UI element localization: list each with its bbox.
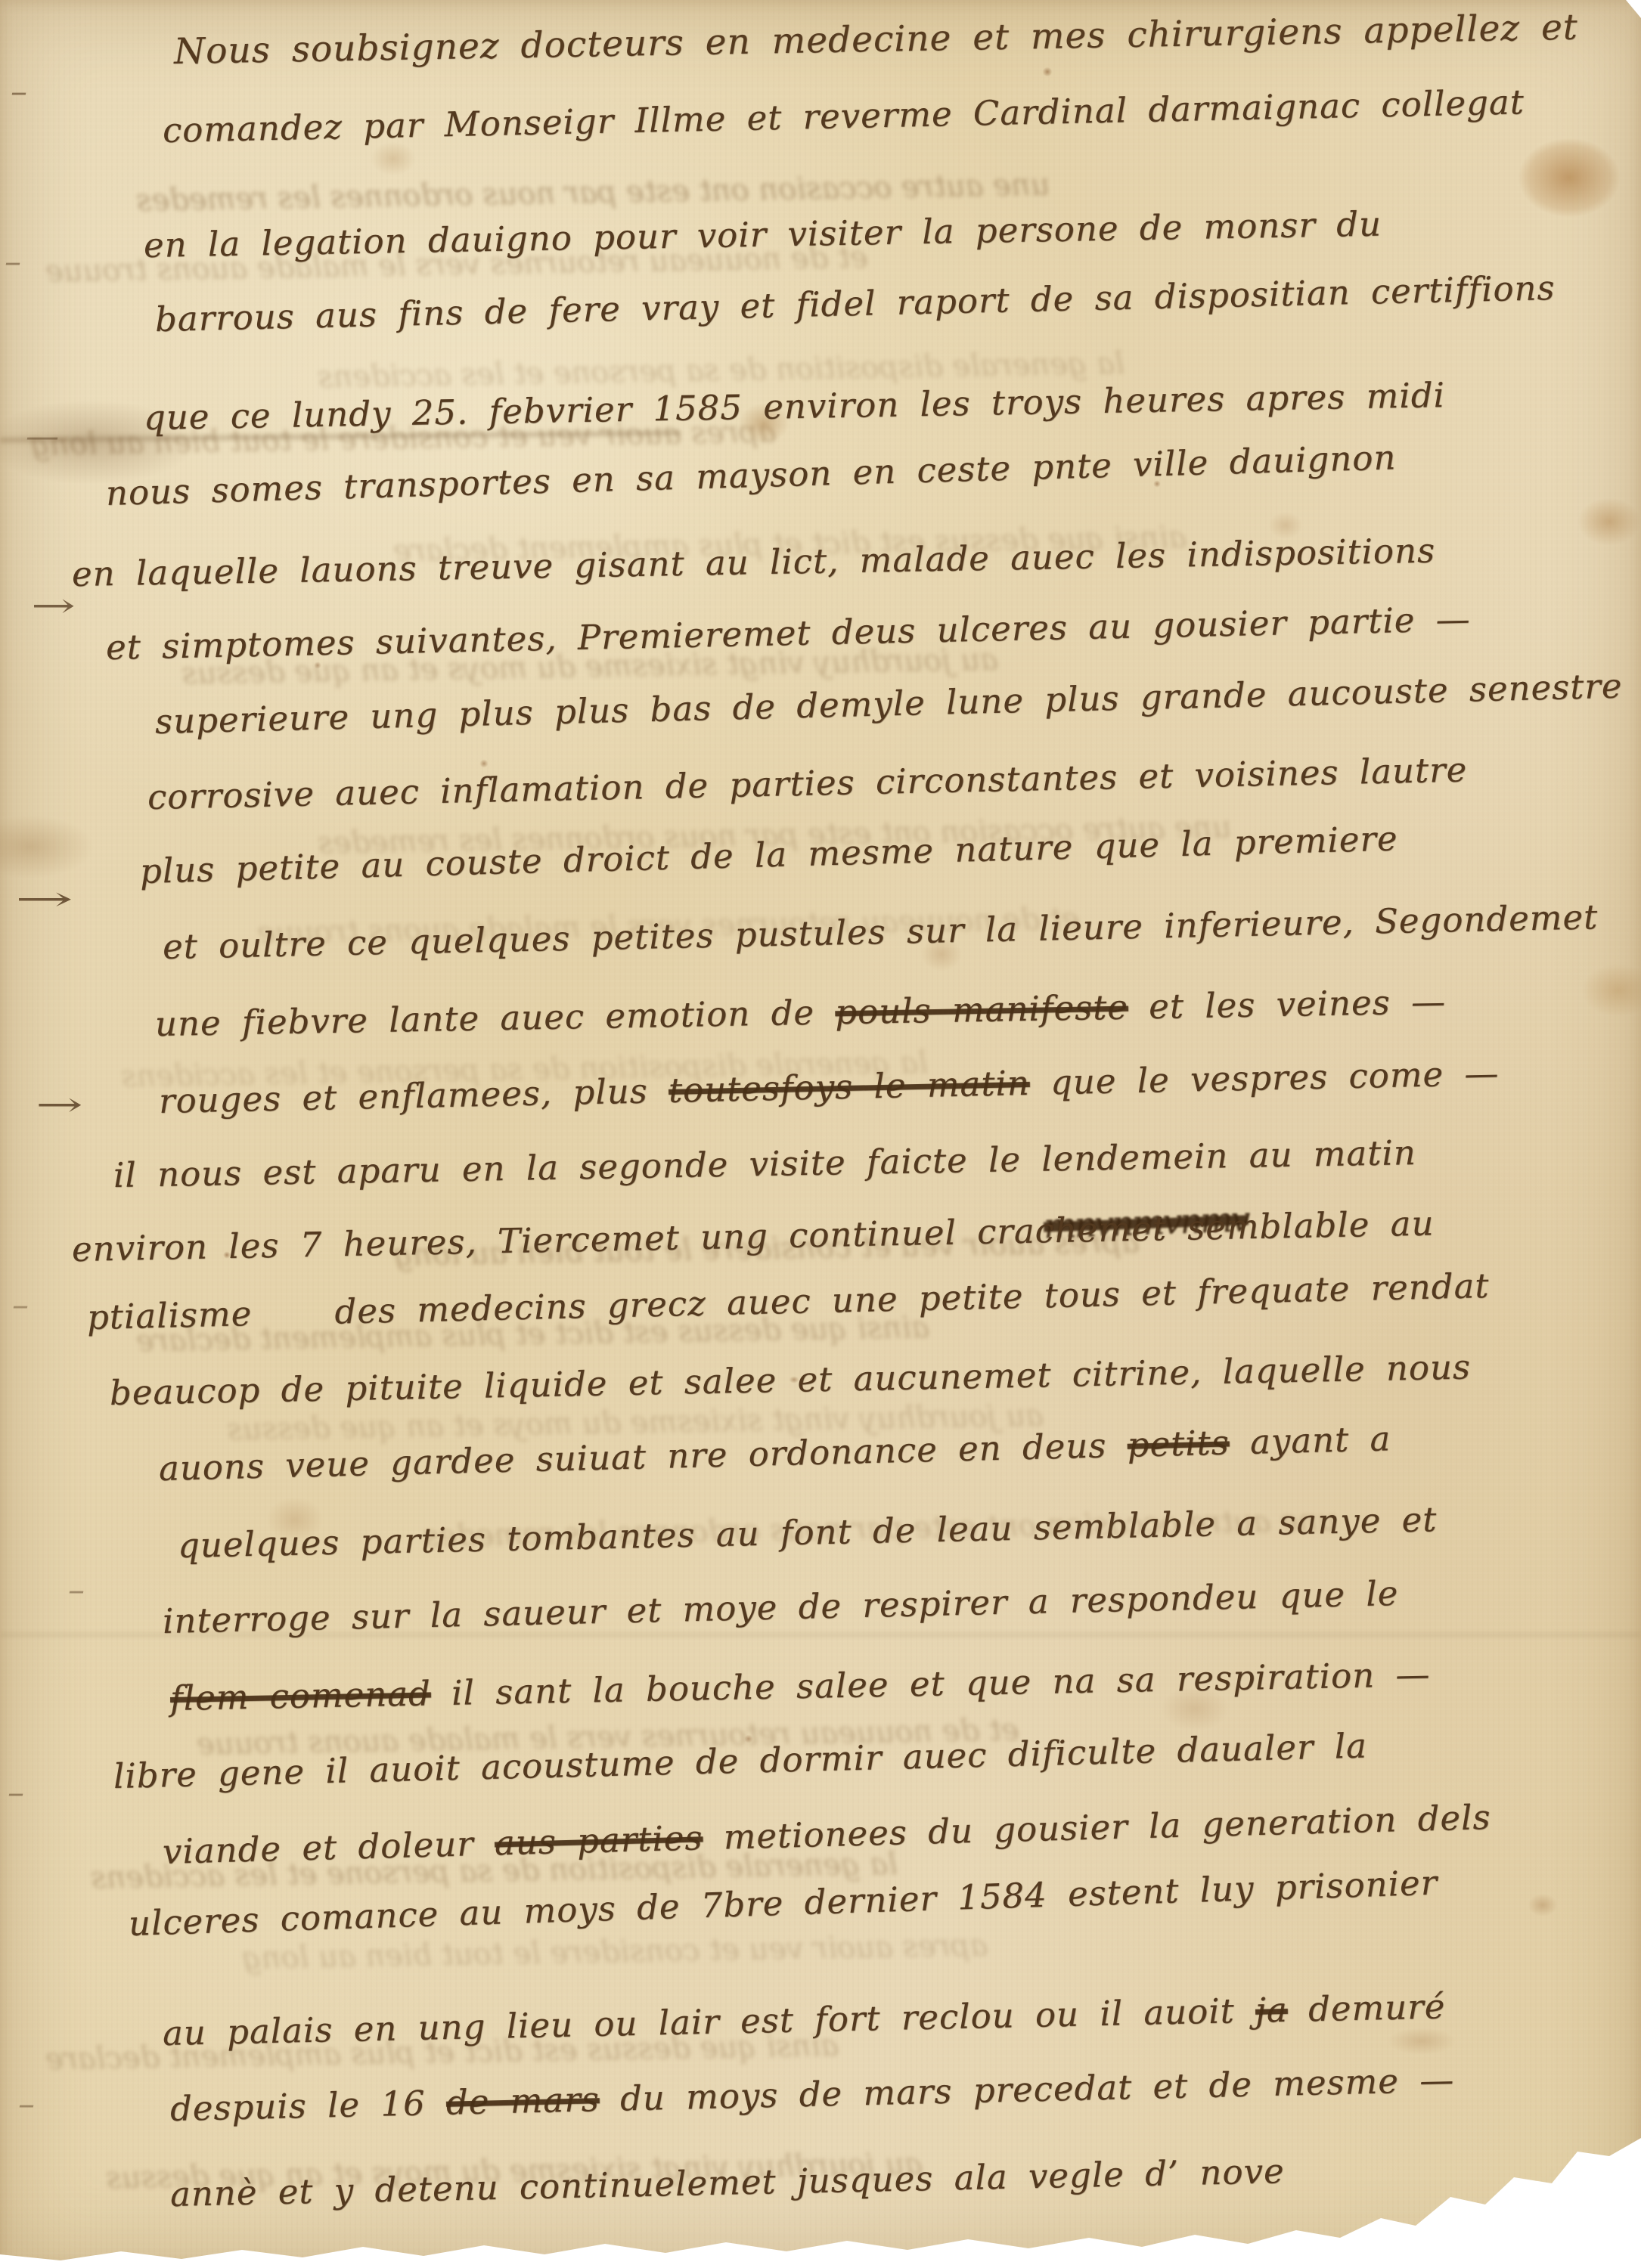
manuscript-line: Nous soubsignez docteurs en medecine et … <box>174 10 1578 70</box>
manuscript-line: barrous aus fins de fere vray et fidel r… <box>154 271 1556 336</box>
manuscript-line: corrosive auec inflamation de parties ci… <box>147 752 1468 814</box>
scanned-manuscript-page: une autre occasion ont este par nous ord… <box>0 0 1641 2268</box>
margin-arrow: → <box>15 883 73 916</box>
manuscript-line: interroge sur la saueur et moye de respi… <box>162 1576 1398 1638</box>
manuscript-line: annè et y detenu continuelemet jusques a… <box>170 2154 1286 2211</box>
margin-dash: – <box>8 1777 24 1810</box>
margin-arrow: → <box>31 590 76 623</box>
margin-dash: – <box>68 1574 85 1607</box>
manuscript-line: il nous est aparu en la segonde visite f… <box>113 1136 1416 1192</box>
manuscript-line: au palais en ung lieu ou lair est fort r… <box>163 1989 1446 2050</box>
manuscript-line: plus petite au couste droict de la mesme… <box>139 821 1398 888</box>
manuscript-line: et oultre ce quelques petites pustules s… <box>163 900 1599 964</box>
manuscript-line: environ les 7 heures, Tiercemet ung cont… <box>72 1206 1435 1266</box>
manuscript-line: rouges et enflamees, plus toutesfoys le … <box>159 1056 1500 1118</box>
manuscript-line: ulceres comance au moys de 7bre dernier … <box>128 1866 1438 1941</box>
manuscript-line: viande et doleur aus parties metionees d… <box>162 1800 1491 1869</box>
manuscript-line: et simptomes suivantes, Premieremet deus… <box>106 602 1472 665</box>
margin-arrow: → <box>36 1089 83 1122</box>
manuscript-line: libre gene il auoit acoustume de dormir … <box>113 1728 1367 1793</box>
manuscript-line: despuis le 16 de mars du moys de mars pr… <box>169 2062 1454 2126</box>
manuscript-line: auons veue gardee suiuat nre ordonance e… <box>158 1421 1391 1486</box>
manuscript-line: nous somes transportes en sa mayson en c… <box>105 440 1397 510</box>
manuscript-line: en laquelle lauons treuve gisant au lict… <box>72 534 1436 591</box>
handwriting-layer: Nous soubsignez docteurs en medecine et … <box>0 0 1641 2268</box>
margin-dash: – <box>11 76 27 109</box>
manuscript-line: quelques parties tombantes au font de le… <box>178 1502 1438 1563</box>
margin-dash: — <box>26 420 59 454</box>
manuscript-line: flem comenad il sant la bouche salee et … <box>170 1657 1431 1715</box>
margin-dash: – <box>18 2088 35 2121</box>
manuscript-line: que ce lundy 25. febvrier 1585 environ l… <box>144 378 1446 435</box>
manuscript-line: ptialisme des medecins grecz auec une pe… <box>86 1269 1489 1334</box>
paper-sheet: une autre occasion ont este par nous ord… <box>0 0 1641 2268</box>
margin-dash: – <box>5 246 21 279</box>
manuscript-line: comandez par Monseigr Illme et reverme C… <box>163 85 1525 147</box>
manuscript-line: une fiebvre lante auec emotion de pouls … <box>155 984 1447 1041</box>
margin-dash: – <box>12 1289 29 1322</box>
manuscript-line: en la legation dauigno pour voir visiter… <box>144 206 1382 262</box>
manuscript-line: superieure ung plus plus bas de demyle l… <box>154 669 1622 739</box>
manuscript-line: beaucop de pituite liquide et salee et a… <box>110 1349 1472 1410</box>
